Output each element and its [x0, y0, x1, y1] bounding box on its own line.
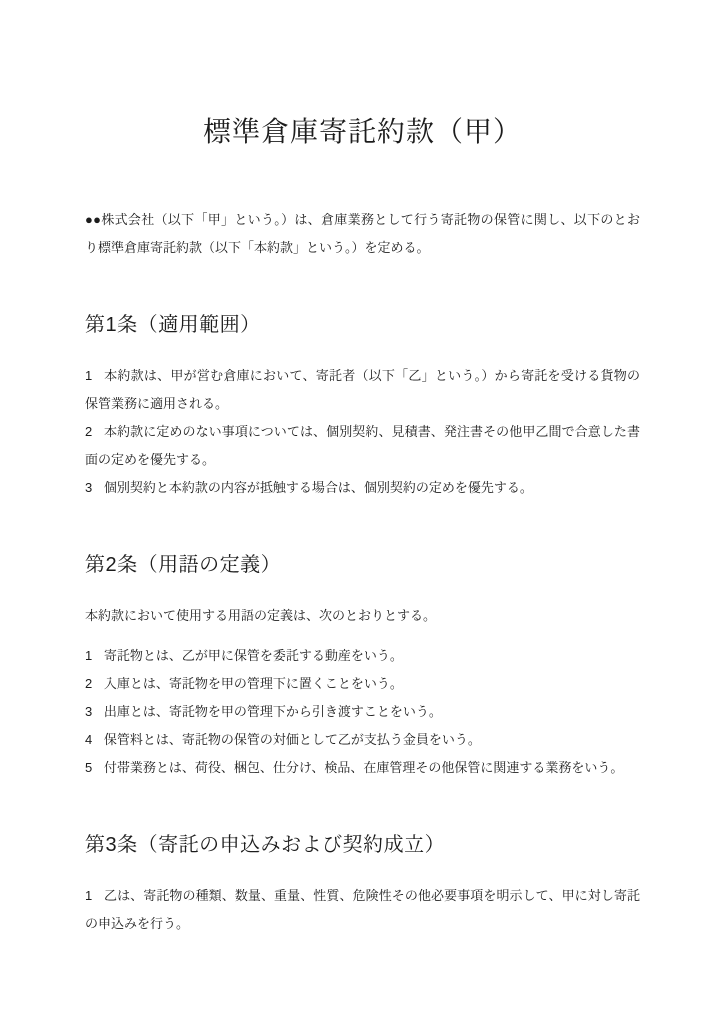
item-number: 2 — [85, 424, 92, 439]
section-article-3: 第3条（寄託の申込みおよび契約成立） 1乙は、寄託物の種類、数量、重量、性質、危… — [85, 830, 640, 938]
section-intro: 本約款において使用する用語の定義は、次のとおりとする。 — [85, 602, 640, 630]
item-number: 4 — [85, 732, 92, 747]
clause-item: 1本約款は、甲が営む倉庫において、寄託者（以下「乙」という。）から寄託を受ける貨… — [85, 362, 640, 418]
section-heading: 第2条（用語の定義） — [85, 550, 640, 580]
item-text: 個別契約と本約款の内容が抵触する場合は、個別契約の定めを優先する。 — [104, 480, 533, 495]
clause-list: 1本約款は、甲が営む倉庫において、寄託者（以下「乙」という。）から寄託を受ける貨… — [85, 362, 640, 502]
document-title: 標準倉庫寄託約款（甲） — [85, 112, 640, 152]
item-text: 付帯業務とは、荷役、梱包、仕分け、検品、在庫管理その他保管に関連する業務をいう。 — [104, 760, 623, 775]
clause-item: 5付帯業務とは、荷役、梱包、仕分け、検品、在庫管理その他保管に関連する業務をいう… — [85, 754, 640, 782]
clause-item: 3出庫とは、寄託物を甲の管理下から引き渡すことをいう。 — [85, 698, 640, 726]
item-text: 本約款に定めのない事項については、個別契約、見積書、発注書その他甲乙間で合意した… — [85, 424, 640, 467]
item-number: 3 — [85, 480, 92, 495]
item-number: 1 — [85, 888, 92, 903]
clause-item: 4保管料とは、寄託物の保管の対価として乙が支払う金員をいう。 — [85, 726, 640, 754]
item-number: 1 — [85, 648, 92, 663]
item-text: 出庫とは、寄託物を甲の管理下から引き渡すことをいう。 — [104, 704, 442, 719]
section-article-1: 第1条（適用範囲） 1本約款は、甲が営む倉庫において、寄託者（以下「乙」という。… — [85, 310, 640, 502]
document-page: 標準倉庫寄託約款（甲） ●●株式会社（以下「甲」という。）は、倉庫業務として行う… — [0, 0, 724, 1024]
clause-item: 3個別契約と本約款の内容が抵触する場合は、個別契約の定めを優先する。 — [85, 474, 640, 502]
clause-item: 1寄託物とは、乙が甲に保管を委託する動産をいう。 — [85, 642, 640, 670]
section-article-2: 第2条（用語の定義） 本約款において使用する用語の定義は、次のとおりとする。 1… — [85, 550, 640, 782]
item-text: 寄託物とは、乙が甲に保管を委託する動産をいう。 — [104, 648, 403, 663]
item-text: 保管料とは、寄託物の保管の対価として乙が支払う金員をいう。 — [104, 732, 481, 747]
item-number: 3 — [85, 704, 92, 719]
item-text: 入庫とは、寄託物を甲の管理下に置くことをいう。 — [104, 676, 403, 691]
clause-item: 1乙は、寄託物の種類、数量、重量、性質、危険性その他必要事項を明示して、甲に対し… — [85, 882, 640, 938]
clause-item: 2入庫とは、寄託物を甲の管理下に置くことをいう。 — [85, 670, 640, 698]
section-heading: 第3条（寄託の申込みおよび契約成立） — [85, 830, 640, 860]
item-number: 1 — [85, 368, 92, 383]
clause-item: 2本約款に定めのない事項については、個別契約、見積書、発注書その他甲乙間で合意し… — [85, 418, 640, 474]
preamble: ●●株式会社（以下「甲」という。）は、倉庫業務として行う寄託物の保管に関し、以下… — [85, 206, 640, 262]
item-number: 5 — [85, 760, 92, 775]
item-number: 2 — [85, 676, 92, 691]
clause-list: 1寄託物とは、乙が甲に保管を委託する動産をいう。 2入庫とは、寄託物を甲の管理下… — [85, 642, 640, 782]
clause-list: 1乙は、寄託物の種類、数量、重量、性質、危険性その他必要事項を明示して、甲に対し… — [85, 882, 640, 938]
item-text: 本約款は、甲が営む倉庫において、寄託者（以下「乙」という。）から寄託を受ける貨物… — [85, 368, 640, 411]
item-text: 乙は、寄託物の種類、数量、重量、性質、危険性その他必要事項を明示して、甲に対し寄… — [85, 888, 640, 931]
section-heading: 第1条（適用範囲） — [85, 310, 640, 340]
